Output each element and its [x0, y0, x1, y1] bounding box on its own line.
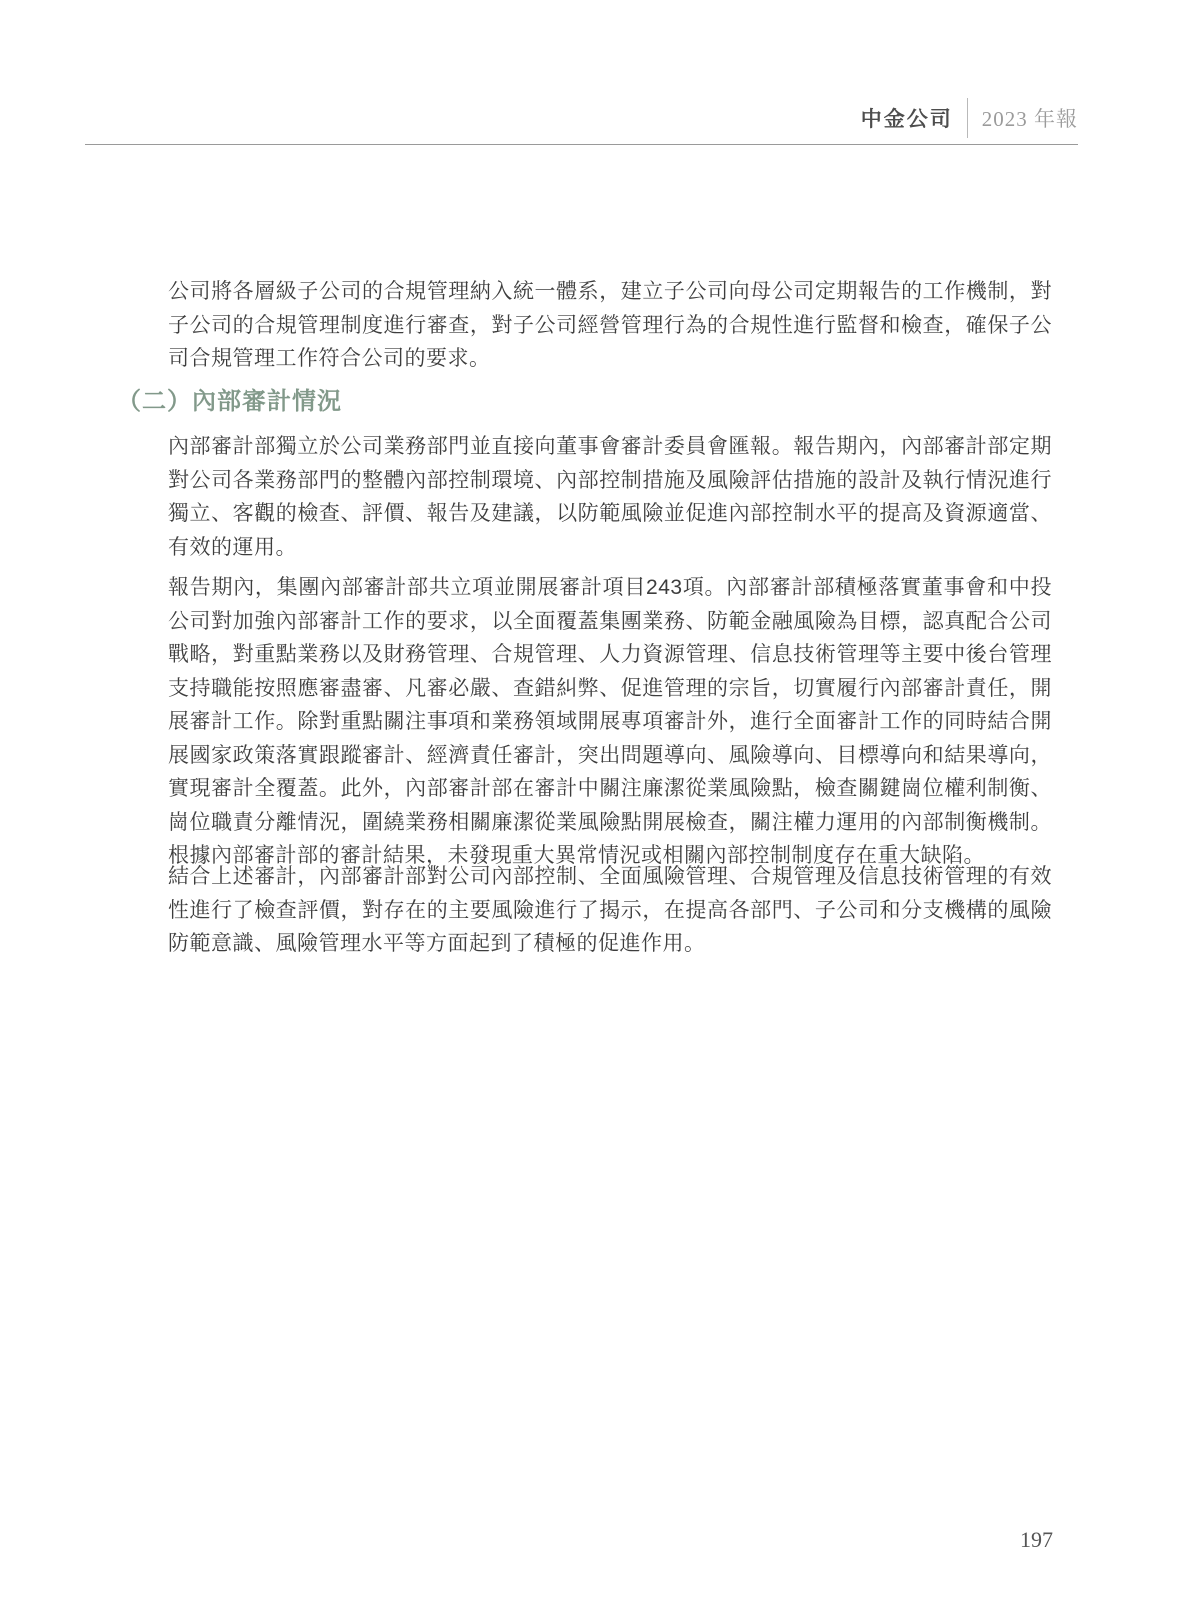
company-name: 中金公司 — [861, 103, 953, 133]
paragraph-audit-conclusion: 結合上述審計，內部審計部對公司內部控制、全面風險管理、合規管理及信息技術管理的有… — [168, 860, 1052, 961]
paragraph-subsidiary-compliance: 公司將各層級子公司的合規管理納入統一體系，建立子公司向母公司定期報告的工作機制，… — [168, 275, 1052, 376]
header-vertical-divider — [967, 98, 968, 138]
paragraph-audit-work-report: 報告期內，集團內部審計部共立項並開展審計項目243項。內部審計部積極落實董事會和… — [168, 571, 1052, 873]
section-heading-internal-audit: （二）內部審計情況 — [117, 388, 342, 416]
page-header: 中金公司 2023 年報 — [861, 98, 1078, 138]
report-page: 中金公司 2023 年報 公司將各層級子公司的合規管理納入統一體系，建立子公司向… — [0, 0, 1190, 1615]
paragraph-audit-department-overview: 內部審計部獨立於公司業務部門並直接向董事會審計委員會匯報。報告期內，內部審計部定… — [168, 430, 1052, 564]
report-year-label: 2023 年報 — [982, 103, 1078, 133]
header-horizontal-rule — [85, 144, 1078, 145]
page-number: 197 — [1020, 1527, 1053, 1553]
